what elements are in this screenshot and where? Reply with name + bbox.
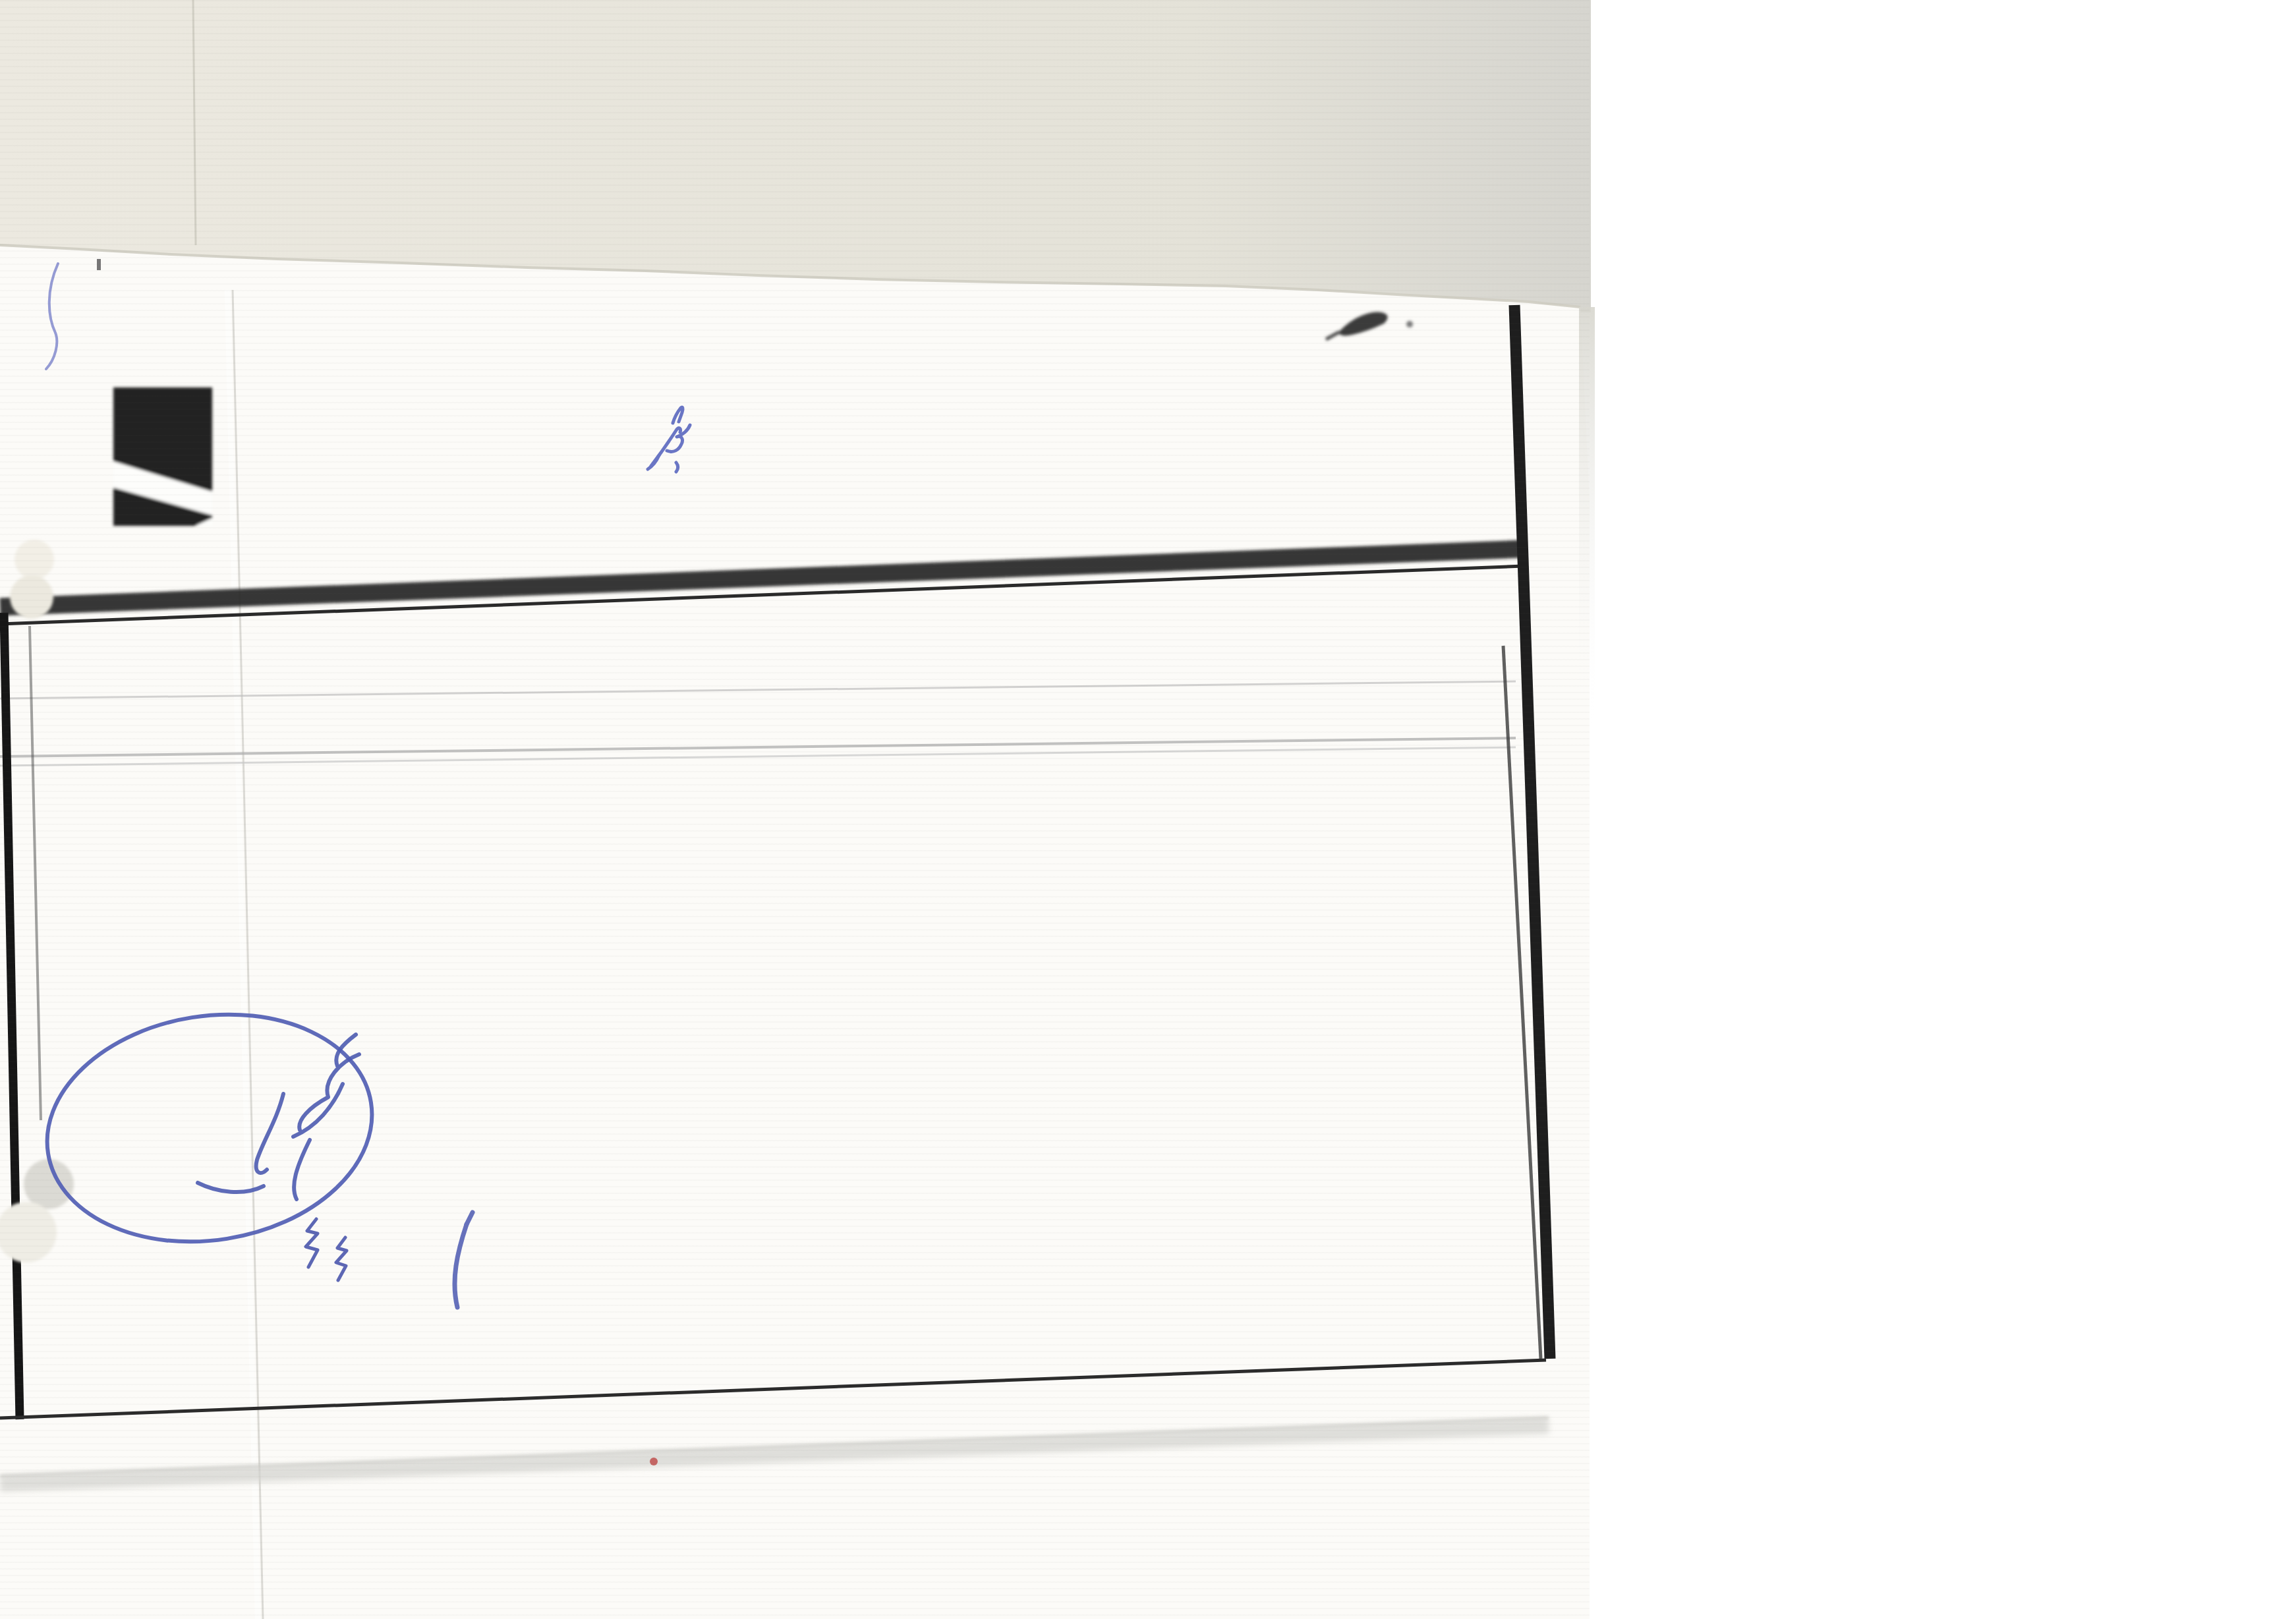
backing-fold-line: [193, 0, 196, 245]
handwritten-initials: [648, 407, 690, 472]
statement-post: مدارک به شرح زیر را دریافت نمودم:: [445, 774, 911, 828]
company-title: مهندسین مشاور پایاب طرح: [714, 348, 1344, 450]
recipient-line: گیرنده : شرکت فرودگاه ها و ناوبری هوائی …: [612, 590, 1519, 673]
scanned-receipt-document: مهندسین مشاور پایاب طرح مهندسین مشاور پا…: [0, 0, 2296, 1619]
logo-text-large: پایاب طرح: [194, 426, 381, 483]
red-speck: [650, 1458, 658, 1465]
date-stamp: ۱۴۰۲/۰۳/۰۳: [177, 637, 345, 693]
form-border-left-thin: [30, 626, 41, 1120]
register-note: لطفا شماره ثبت دریافت شود: [480, 1281, 980, 1340]
ink-layer: [0, 0, 2296, 1619]
form-subtitle: فرم رسید نامه های ارسالی: [925, 444, 1297, 502]
form-border-top-thick: [0, 549, 1524, 607]
left-edge-pen-stroke: [46, 264, 58, 369]
statement-line: اینجانب ................................…: [445, 750, 1499, 828]
signature-scribble: [198, 1035, 359, 1199]
fold-shadow-edge: [0, 1418, 1549, 1476]
backing-sheet: [0, 0, 1591, 312]
receiver-label: تحویل گیرنده: [76, 1123, 226, 1166]
ink-speck: [97, 259, 101, 270]
recipient-director-line: مدیر کل محترم اداره کل عمران و توسعه جنا…: [489, 668, 1512, 751]
dotted-underline: ........................................…: [919, 754, 1395, 809]
scan-artifact-line: [0, 738, 1516, 756]
backing-strip-right: [1579, 307, 1595, 729]
punch-hole-bottom: [0, 1159, 74, 1263]
letter-item-1: ۱ــ نامه شماره ۱۱۴۸۷۰ ــ۱۰۰/۰۲: [1045, 828, 1479, 884]
fold-line: [233, 290, 263, 1619]
fold-line-highlight: [227, 290, 258, 1619]
form-border-right-thin: [1503, 646, 1541, 1359]
signature-label: امضاء: [135, 1049, 211, 1084]
pen-mark: [1326, 312, 1413, 339]
form-border-bottom: [0, 1360, 1546, 1418]
scan-base-layer: [0, 0, 2296, 1619]
fold-shadow: [0, 1426, 1549, 1484]
torn-edge: [0, 245, 1580, 307]
letter-item-2: ۲ــ نامه شماره ۱۱۴۸۸۳ ــ۱۰۰/۰۲: [1043, 895, 1478, 952]
statement-pre: اینجانب: [1402, 750, 1499, 790]
attachment-note-1: پیوست ندارد: [838, 853, 992, 895]
attachment-note-2: پیوست ندارد: [839, 936, 993, 979]
punch-hole-top: [10, 540, 54, 619]
